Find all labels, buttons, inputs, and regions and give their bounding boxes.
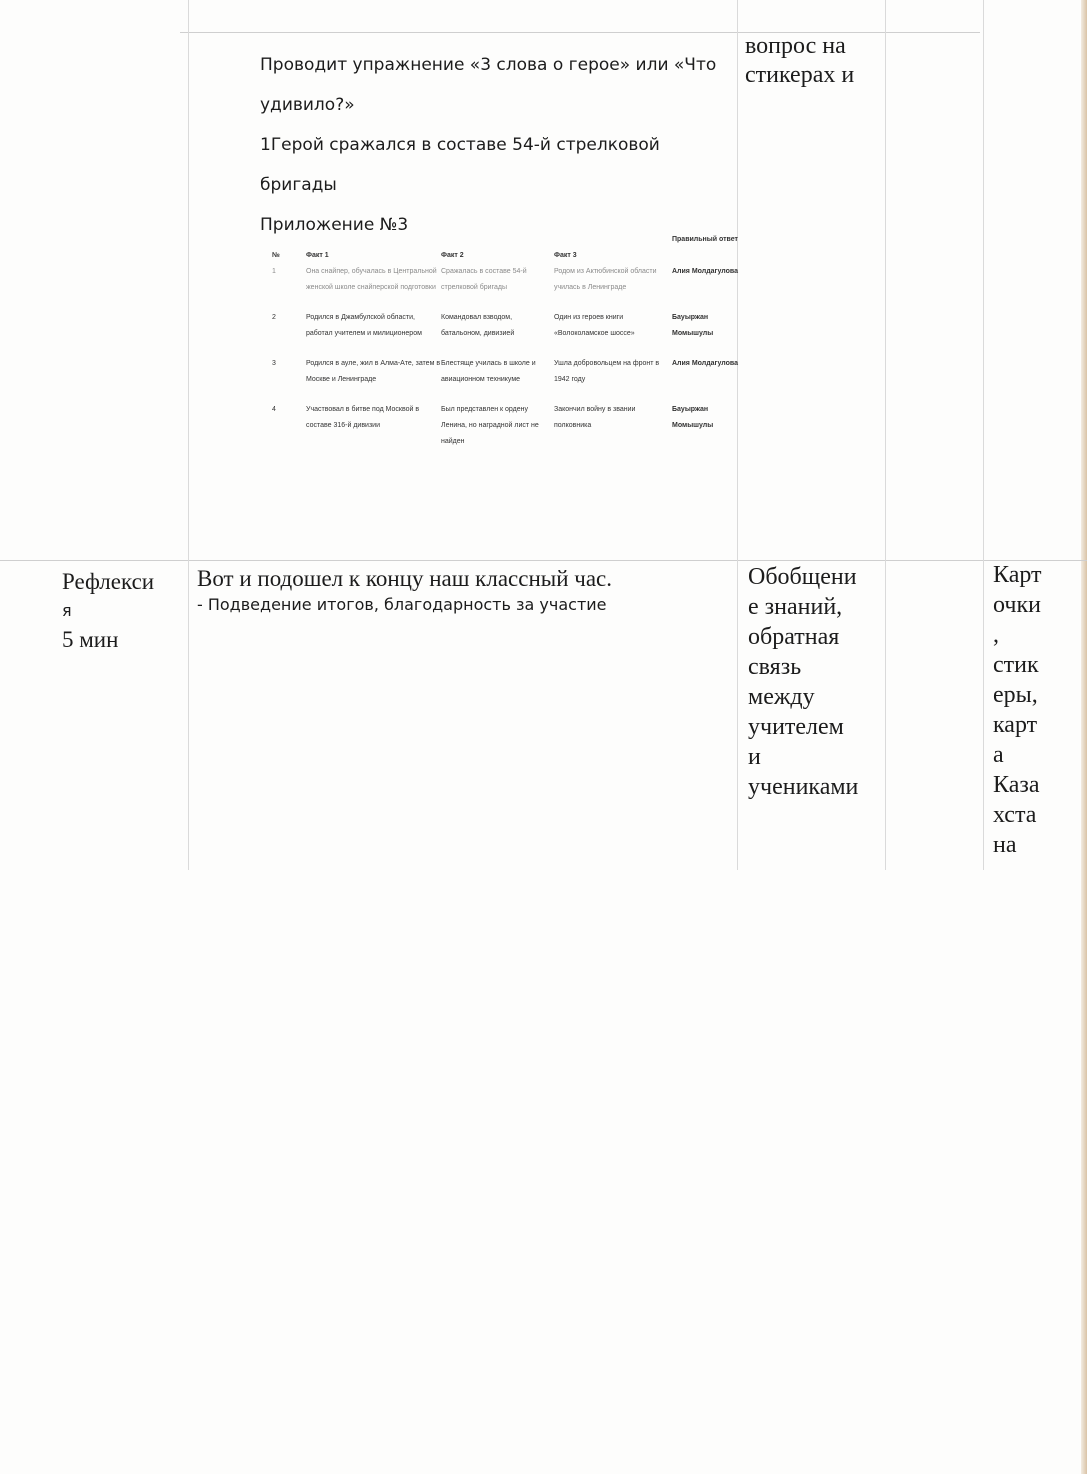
table-row: 1 Она снайпер, обучалась в Центральной ж… xyxy=(262,264,742,310)
resources-line: стик xyxy=(993,650,1073,680)
cell-answer: Алия Молдагулова xyxy=(672,356,742,402)
cell-fact3: Родом из Актюбинской области училась в Л… xyxy=(554,264,672,310)
goal-line: Обобщени xyxy=(748,562,883,592)
goal-line: учителем xyxy=(748,712,883,742)
cell-num: 2 xyxy=(262,310,306,356)
exercise-line: Проводит упражнение «3 слова о герое» ил… xyxy=(260,45,730,85)
resources-line: еры, xyxy=(993,680,1073,710)
resources-line: , xyxy=(993,620,1073,650)
table-line-top xyxy=(180,32,980,33)
stage-line: я xyxy=(62,596,154,625)
header-fact2: Факт 2 xyxy=(441,232,554,264)
cell-answer: Алия Молдагулова xyxy=(672,264,742,310)
stage-duration: 5 мин xyxy=(62,625,154,654)
header-fact1: Факт 1 xyxy=(306,232,441,264)
cell-fact3: Ушла добровольцем на фронт в 1942 году xyxy=(554,356,672,402)
header-num: № xyxy=(262,232,306,264)
cell-answer: Бауыржан Момышулы xyxy=(672,402,742,464)
resources-line: а xyxy=(993,740,1073,770)
table-col-divider-3 xyxy=(885,0,886,870)
table-row: 2 Родился в Джамбулской области, работал… xyxy=(262,310,742,356)
cell-num: 1 xyxy=(262,264,306,310)
cell-fact3: Один из героев книги «Волоколамское шосс… xyxy=(554,310,672,356)
cell-fact2: Был представлен к ордену Ленина, но нагр… xyxy=(441,402,554,464)
cell-fact1: Родился в ауле, жил в Алма-Ате, затем в … xyxy=(306,356,441,402)
resources-line: хста xyxy=(993,800,1073,830)
goal-line: и xyxy=(748,742,883,772)
goal-line: е знаний, xyxy=(748,592,883,622)
resources-line: очки xyxy=(993,590,1073,620)
appendix-table: № Факт 1 Факт 2 Факт 3 Правильный ответ … xyxy=(262,232,742,464)
table-line-row-divider xyxy=(0,560,1087,561)
cell-answer: Бауыржан Момышулы xyxy=(672,310,742,356)
resources-cell: Карт очки , стик еры, карт а Каза хста н… xyxy=(993,560,1073,860)
table-col-divider-1 xyxy=(188,0,189,870)
teacher-activity-cell: Вот и подошел к концу наш классный час. … xyxy=(197,565,612,617)
note-line: стикерах и xyxy=(745,61,854,90)
closing-subpoint: - Подведение итогов, благодарность за уч… xyxy=(197,593,612,617)
resources-line: на xyxy=(993,830,1073,860)
exercise-line: 1Герой сражался в составе 54-й стрелково… xyxy=(260,125,730,165)
resources-line: Карт xyxy=(993,560,1073,590)
exercise-line: бригады xyxy=(260,165,730,205)
stage-name-cell: Рефлекси я 5 мин xyxy=(62,567,154,654)
appendix-table-header: № Факт 1 Факт 2 Факт 3 Правильный ответ xyxy=(262,232,742,264)
cell-fact3: Закончил войну в звании полковника xyxy=(554,402,672,464)
goal-line: обратная xyxy=(748,622,883,652)
stage-line: Рефлекси xyxy=(62,567,154,596)
table-row: 3 Родился в ауле, жил в Алма-Ате, затем … xyxy=(262,356,742,402)
resources-line: карт xyxy=(993,710,1073,740)
resources-line: Каза xyxy=(993,770,1073,800)
cell-num: 4 xyxy=(262,402,306,464)
paper-edge xyxy=(1081,0,1087,1474)
table-col-divider-4 xyxy=(983,0,984,870)
cell-fact2: Сражалась в составе 54-й стрелковой бриг… xyxy=(441,264,554,310)
cell-fact1: Участвовал в битве под Москвой в составе… xyxy=(306,402,441,464)
goal-line: между xyxy=(748,682,883,712)
header-answer: Правильный ответ xyxy=(672,232,742,264)
cell-fact2: Блестяще училась в школе и авиационном т… xyxy=(441,356,554,402)
cell-num: 3 xyxy=(262,356,306,402)
goal-line: связь xyxy=(748,652,883,682)
cell-fact2: Командовал взводом, батальоном, дивизией xyxy=(441,310,554,356)
exercise-line: удивило?» xyxy=(260,85,730,125)
exercise-description: Проводит упражнение «3 слова о герое» ил… xyxy=(260,45,730,245)
right-column-note: вопрос на стикерах и xyxy=(745,32,854,90)
note-line: вопрос на xyxy=(745,32,854,61)
table-row: 4 Участвовал в битве под Москвой в соста… xyxy=(262,402,742,464)
cell-fact1: Родился в Джамбулской области, работал у… xyxy=(306,310,441,356)
closing-sentence: Вот и подошел к концу наш классный час. xyxy=(197,565,612,593)
cell-fact1: Она снайпер, обучалась в Центральной жен… xyxy=(306,264,441,310)
goal-cell: Обобщени е знаний, обратная связь между … xyxy=(748,562,883,802)
goal-line: учениками xyxy=(748,772,883,802)
header-fact3: Факт 3 xyxy=(554,232,672,264)
